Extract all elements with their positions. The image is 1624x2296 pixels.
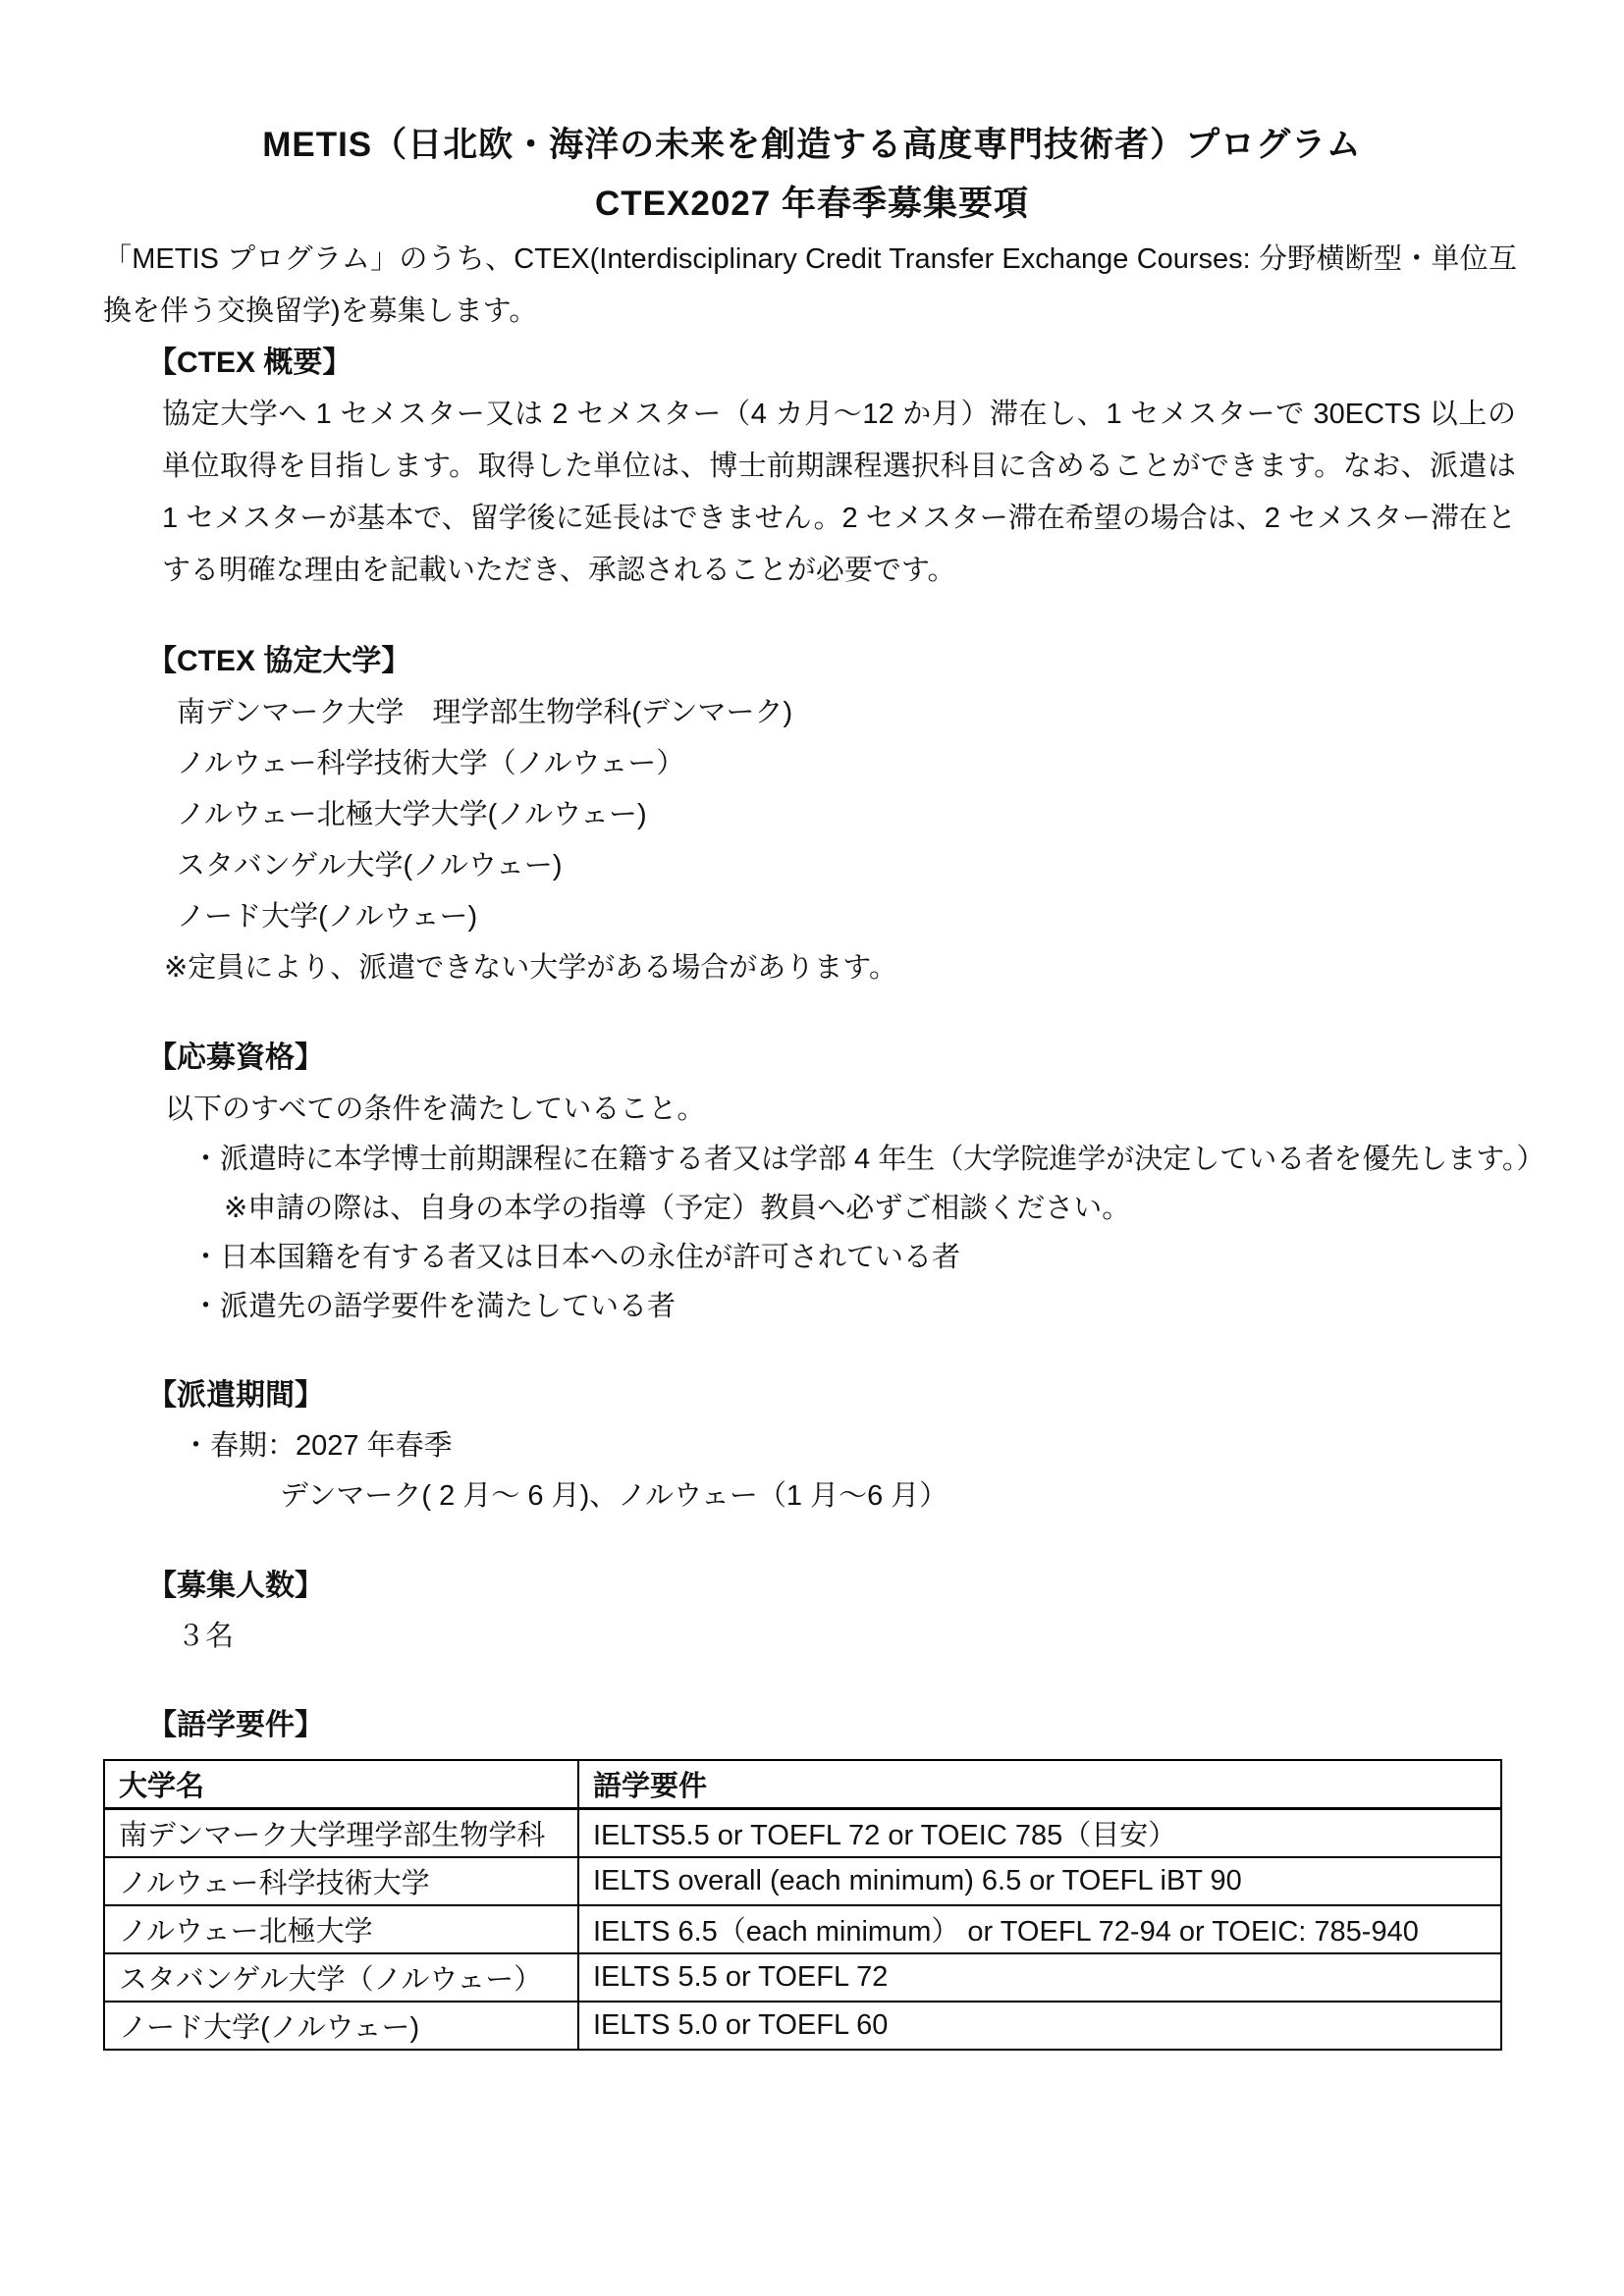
partners-capacity-note: ※定員により、派遣できない大学がある場合があります。 [164,942,1624,993]
overview-body: 協定大学へ 1 セメスター又は 2 セメスター（4 カ月～12 か月）滞在し、1… [162,389,1516,597]
section-heading-period: 【派遣期間】 [147,1370,1624,1421]
university-name-cell: スタバンゲル大学（ノルウェー） [104,1953,578,2002]
table-header-row: 大学名 語学要件 [104,1760,1501,1809]
university-list-item: 南デンマーク大学 理学部生物学科(デンマーク) [177,687,1624,738]
university-list-item: スタバンゲル大学(ノルウェー) [177,840,1624,891]
requirement-cell: IELTS5.5 or TOEFL 72 or TOEIC 785（目安） [578,1809,1501,1858]
section-heading-partners: 【CTEX 協定大学】 [147,636,1624,687]
requirement-cell: IELTS overall (each minimum) 6.5 or TOEF… [578,1857,1501,1905]
requirement-cell: IELTS 5.5 or TOEFL 72 [578,1953,1501,2002]
period-detail-line: デンマーク( 2 月～ 6 月)、ノルウェー（1 月～6 月） [280,1470,1624,1522]
university-list-item: ノルウェー科学技術大学（ノルウェー） [177,738,1624,789]
table-row: ノード大学(ノルウェー) IELTS 5.0 or TOEFL 60 [104,2002,1501,2050]
section-heading-language: 【語学要件】 [147,1700,1624,1751]
eligibility-item: ・日本国籍を有する者又は日本への永住が許可されている者 [191,1233,1624,1282]
eligibility-item: ・派遣先の語学要件を満たしている者 [191,1282,1624,1331]
table-row: 南デンマーク大学理学部生物学科 IELTS5.5 or TOEFL 72 or … [104,1809,1501,1858]
section-heading-capacity: 【募集人数】 [147,1561,1624,1612]
requirement-cell: IELTS 6.5（each minimum） or TOEFL 72-94 o… [578,1905,1501,1953]
table-row: ノルウェー北極大学 IELTS 6.5（each minimum） or TOE… [104,1905,1501,1953]
capacity-value: ３名 [177,1612,1624,1661]
eligibility-lead: 以下のすべての条件を満たしていること。 [165,1084,1624,1135]
doc-subtitle: CTEX2027 年春季募集要項 [0,175,1624,234]
university-name-cell: 南デンマーク大学理学部生物学科 [104,1809,578,1858]
language-requirements-table: 大学名 語学要件 南デンマーク大学理学部生物学科 IELTS5.5 or TOE… [103,1759,1502,2051]
university-list-item: ノード大学(ノルウェー) [177,891,1624,942]
table-header-requirement: 語学要件 [578,1760,1501,1809]
requirement-cell: IELTS 5.0 or TOEFL 60 [578,2002,1501,2050]
table-header-university: 大学名 [104,1760,578,1809]
university-name-cell: ノード大学(ノルウェー) [104,2002,578,2050]
eligibility-item-note: ※申請の際は、自身の本学の指導（予定）教員へ必ずご相談ください。 [224,1184,1624,1233]
table-row: ノルウェー科学技術大学 IELTS overall (each minimum)… [104,1857,1501,1905]
eligibility-item: ・派遣時に本学博士前期課程に在籍する者又は学部 4 年生（大学院進学が決定してい… [191,1135,1624,1184]
university-list-item: ノルウェー北極大学大学(ノルウェー) [177,789,1624,840]
intro-paragraph: 「METIS プログラム」のうち、CTEX(Interdisciplinary … [103,234,1517,338]
table-row: スタバンゲル大学（ノルウェー） IELTS 5.5 or TOEFL 72 [104,1953,1501,2002]
section-heading-eligibility: 【応募資格】 [147,1033,1624,1084]
university-name-cell: ノルウェー科学技術大学 [104,1857,578,1905]
section-heading-overview: 【CTEX 概要】 [147,338,1624,389]
document-page: METIS（日北欧・海洋の未来を創造する高度専門技術者）プログラム CTEX20… [0,0,1624,2296]
doc-title: METIS（日北欧・海洋の未来を創造する高度専門技術者）プログラム [0,0,1624,175]
period-spring-line: ・春期：2027 年春季 [182,1421,1624,1470]
university-name-cell: ノルウェー北極大学 [104,1905,578,1953]
